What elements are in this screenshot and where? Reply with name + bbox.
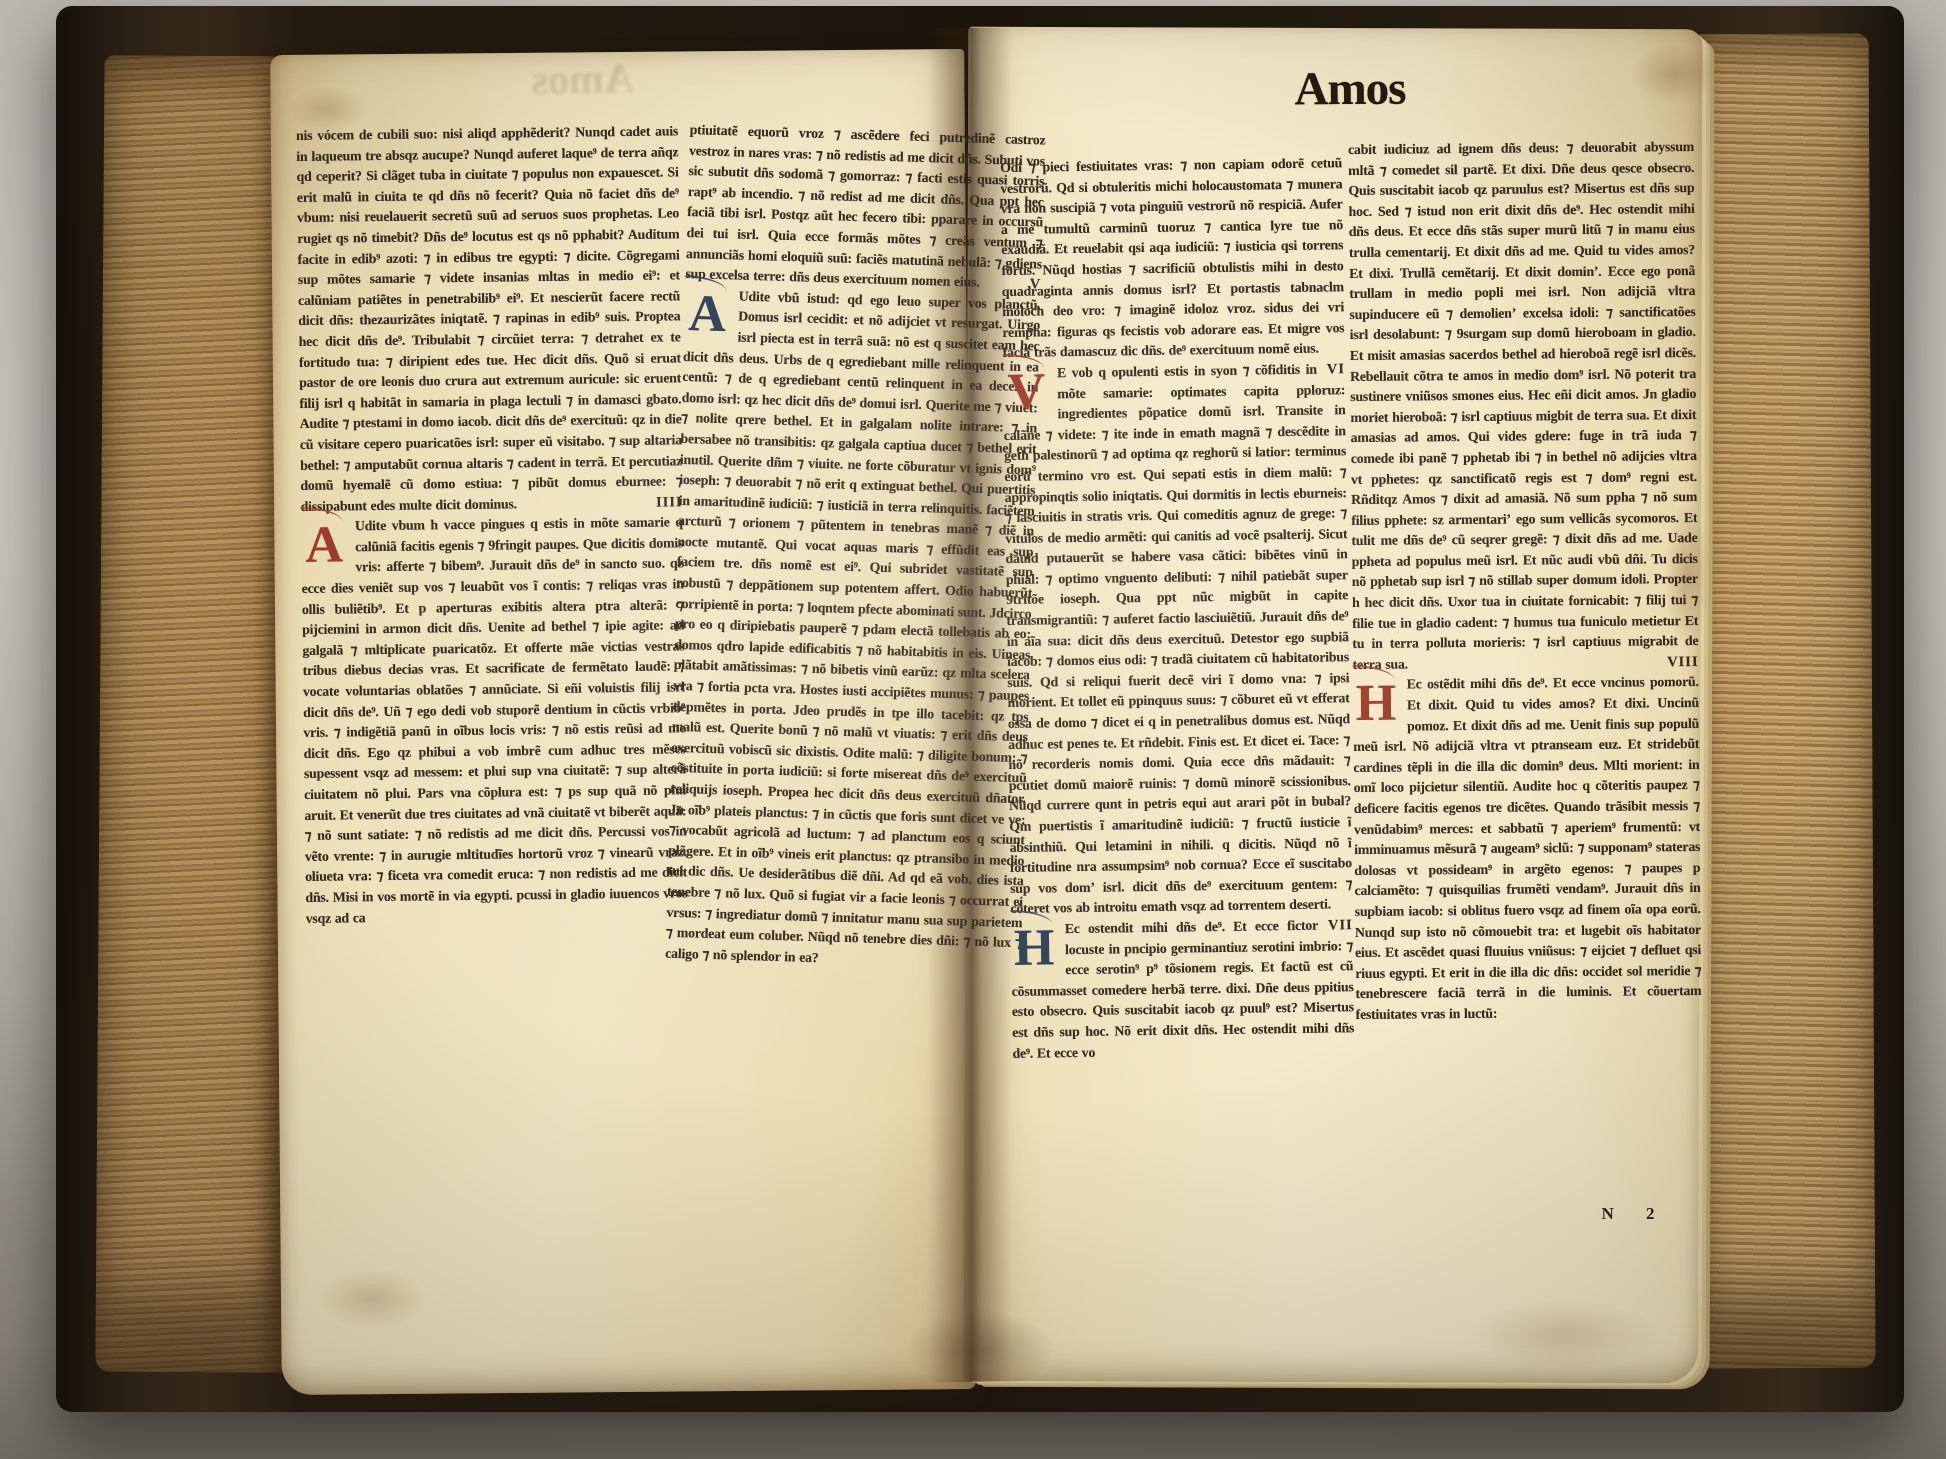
show-through-running-title: Amos — [468, 54, 699, 106]
chapter-text-block: AaUdite vbũ istud: qd ego leuo super vos… — [665, 285, 1041, 975]
chapter-initial: Aa — [683, 287, 731, 346]
left-page-column-1: nis vócem de cubili suo: nisi aliqd apph… — [296, 121, 692, 1256]
chapter-initial: Hh — [1353, 677, 1400, 735]
text-block: cabit iudiciuz ad ignem dñs deus: ⁊ deuo… — [1348, 137, 1699, 675]
text-block: Odi ⁊ pieci festiuitates vras: ⁊ non cap… — [1000, 153, 1345, 364]
chapter-text-block: VvE vob q opulenti estis in syon ⁊ cõfid… — [1003, 359, 1353, 920]
photo-of-open-incunabulum: Amos Amos nis vócem de cubili suo: nisi … — [0, 0, 1946, 1459]
chapter-numeral: VI — [1317, 359, 1345, 380]
text-block: ptiuitatẽ equorũ vroz ⁊ ascẽdere feci pu… — [685, 120, 1046, 295]
chapter-text-block: HhEc ostendit mihi dñs de⁹. Et ecce fict… — [1011, 915, 1355, 1064]
chapter-initial: Hh — [1011, 921, 1058, 980]
right-page-column-2: cabit iudiciuz ad ignem dñs deus: ⁊ deuo… — [1348, 137, 1704, 1242]
chapter-text-block: HhEc ostẽdit mihi dñs de⁹. Et ecce vncin… — [1353, 672, 1702, 1025]
right-page-column-1: Odi ⁊ pieci festiuitates vras: ⁊ non cap… — [1000, 153, 1358, 1274]
chapter-text-block: AaUdite vbum h vacce pingues q estis in … — [301, 513, 688, 930]
chapter-numeral: VII — [1318, 915, 1353, 936]
left-page-column-2: ptiuitatẽ equorũ vroz ⁊ ascẽdere feci pu… — [657, 120, 1046, 1258]
chapter-initial: Aa — [301, 519, 348, 578]
right-fore-edge-page-block — [1685, 34, 1876, 1369]
chapter-numeral: IIII — [646, 492, 683, 513]
chapter-numeral: VIII — [1657, 652, 1699, 673]
quire-signature: N 2 — [1560, 1204, 1710, 1224]
chapter-initial: Vv — [1003, 365, 1050, 424]
left-fore-edge-page-block — [95, 55, 290, 1372]
text-block: nis vócem de cubili suo: nisi aliqd apph… — [296, 121, 683, 517]
running-title: Amos — [1225, 61, 1475, 117]
